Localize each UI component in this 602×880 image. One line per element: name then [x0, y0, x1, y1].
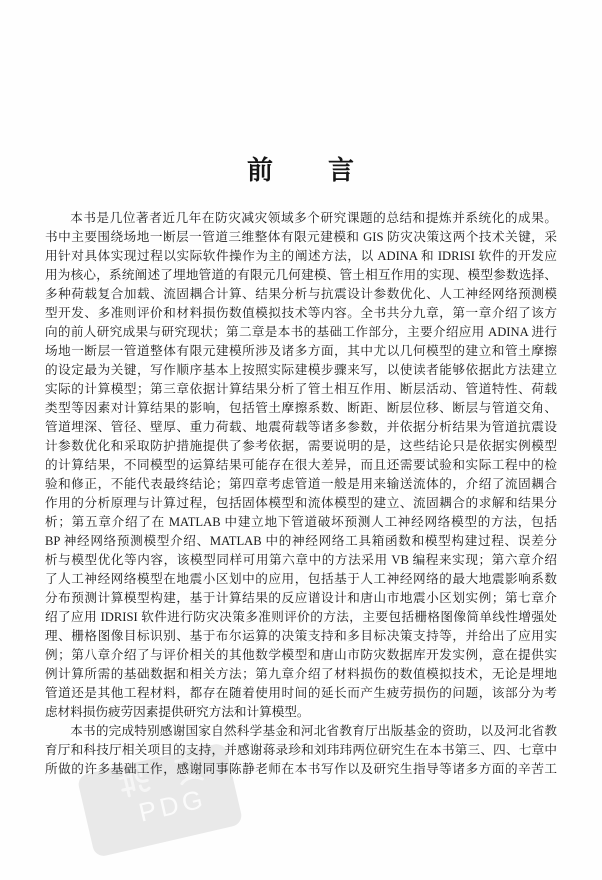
preface-line: 析；第五章介绍了在 MATLAB 中建立地下管道破坏预测人工神经网络模型的方法，… — [45, 513, 557, 532]
preface-line: 例计算所需的基础数据和相关方法；第九章介绍了材料损伤的数值模拟技术，无论是埋地 — [45, 665, 557, 684]
preface-line: BP 神经网络预测模型介绍、MATLAB 中的神经网络工具箱函数和模型构建过程、… — [45, 532, 557, 551]
scanned-book-page: 前 言 PDG 本书是几位著者近几年在防灾减灾领域多个研究课题的总结和提炼并系统… — [0, 0, 602, 880]
preface-line: 虑材料损伤疲劳因素提供研究方法和计算模型。 — [45, 703, 557, 722]
preface-line: 所做的许多基础工作，感谢同事陈静老师在本书写作以及研究生指导等诸多方面的辛苦工 — [45, 760, 557, 779]
preface-line: 型开发、多准则评价和材料损伤数值模拟技术等内容。全书共分九章，第一章介绍了该方 — [45, 304, 557, 323]
preface-line: 本书是几位著者近几年在防灾减灾领域多个研究课题的总结和提炼并系统化的成果。 — [45, 209, 557, 228]
preface-line: 了人工神经网络模型在地震小区划中的应用，包括基于人工神经网络的最大地震影响系数 — [45, 570, 557, 589]
preface-line: 类型等因素对计算结果的影响，包括管土摩擦系数、断距、断层位移、断层与管道交角、 — [45, 399, 557, 418]
preface-line: 作用的分析原理与计算过程，包括固体模型和流体模型的建立、流固耦合的求解和结果分 — [45, 494, 557, 513]
preface-line: 育厅和科技厅相关项目的支持，并感谢蒋录珍和刘玮玮两位研究生在本书第三、四、七章中 — [45, 741, 557, 760]
preface-line: 析与模型优化等内容，该模型同样可用第六章中的方法采用 VB 编程来实现；第六章介… — [45, 551, 557, 570]
preface-line: 向的前人研究成果与研究现状；第二章是本书的基础工作部分，主要介绍应用 ADINA… — [45, 323, 557, 342]
preface-line: 场地一断层一管道整体有限元建模所涉及诸多方面，其中尤以几何模型的建立和管土摩擦 — [45, 342, 557, 361]
preface-line: 例；第八章介绍了与评价相关的其他数学模型和唐山市防灾数据库开发实例，意在提供实 — [45, 646, 557, 665]
preface-line: 分布预测计算模型构建，基于计算结果的反应谱设计和唐山市地震小区划实例；第七章介 — [45, 589, 557, 608]
preface-line: 书中主要围绕场地一断层一管道三维整体有限元建模和 GIS 防灾决策这两个技术关键… — [45, 228, 557, 247]
preface-line: 绍了应用 IDRISI 软件进行防灾决策多准则评价的方法，主要包括栅格图像简单线… — [45, 608, 557, 627]
preface-line: 用为核心，系统阐述了埋地管道的有限元几何建模、管土相互作用的实现、模型参数选择、 — [45, 266, 557, 285]
preface-line: 的计算结果，不同模型的运算结果可能存在很大差异，而且还需要试验和实际工程中的检 — [45, 456, 557, 475]
preface-line: 管道埋深、管径、壁厚、重力荷载、地震荷载等诸多参数，并依据分析结果为管道抗震设 — [45, 418, 557, 437]
preface-line: 多种荷载复合加载、流固耦合计算、结果分析与抗震设计参数优化、人工神经网络预测模 — [45, 285, 557, 304]
preface-line: 本书的完成特别感谢国家自然科学基金和河北省教育厅出版基金的资助，以及河北省教 — [45, 722, 557, 741]
preface-line: 用针对具体实现过程以实际软件操作为主的阐述方法，以 ADINA 和 IDRISI… — [45, 247, 557, 266]
preface-body: 本书是几位著者近几年在防灾减灾领域多个研究课题的总结和提炼并系统化的成果。 书中… — [45, 209, 557, 779]
preface-line: 实际的计算模型；第三章依据计算结果分析了管土相互作用、断层活动、管道特性、荷载 — [45, 380, 557, 399]
preface-line: 计参数优化和采取防护措施提供了参考依据，需要说明的是，这些结论只是依据实例模型 — [45, 437, 557, 456]
preface-line: 管道还是其他工程材料，都存在随着使用时间的延长而产生疲劳损伤的问题，该部分为考 — [45, 684, 557, 703]
preface-line: 验和修正，不能代表最终结论；第四章考虑管道一般是用来输送流体的，介绍了流固耦合 — [45, 475, 557, 494]
preface-line: 的设定最为关键，写作顺序基本上按照实际建模步骤来写，以使读者能够依据此方法建立 — [45, 361, 557, 380]
page-title: 前 言 — [0, 155, 602, 185]
preface-line: 理、栅格图像目标识别、基于布尔运算的决策支持和多目标决策支持等，并给出了应用实 — [45, 627, 557, 646]
